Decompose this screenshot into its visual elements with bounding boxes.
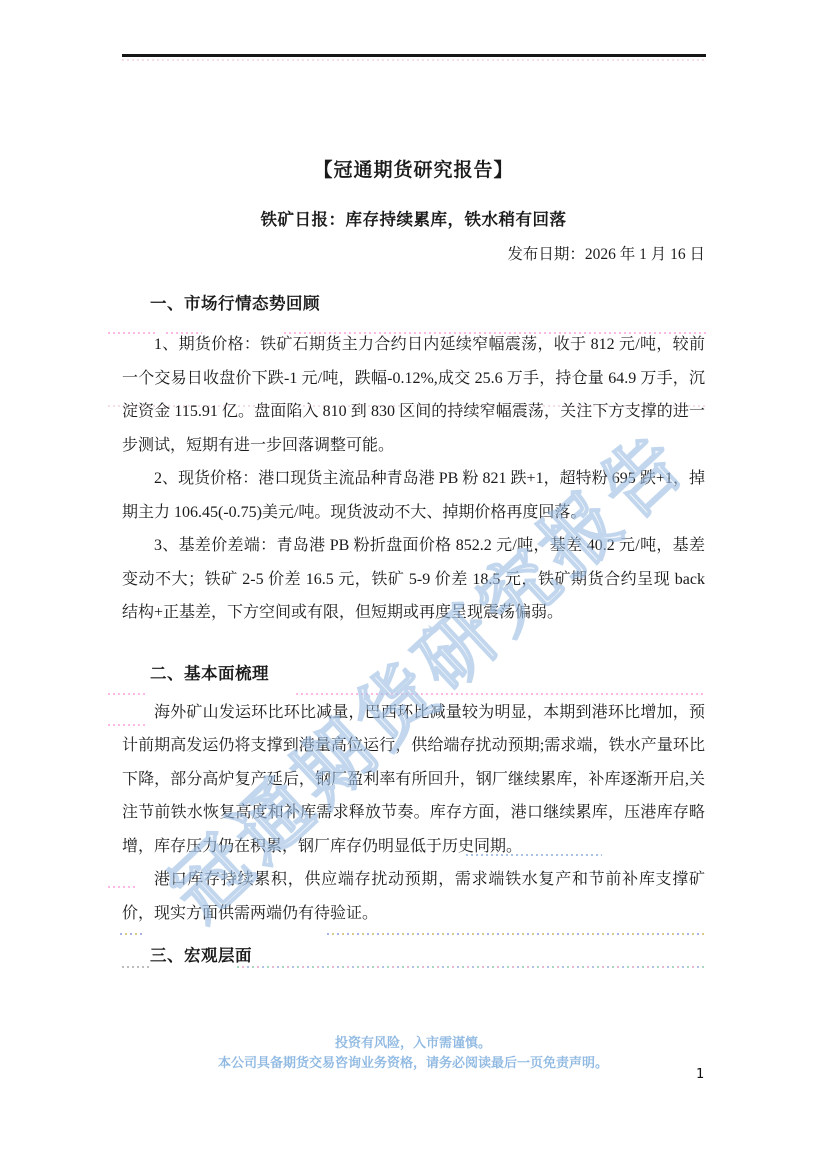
section-heading-macro: 三、宏观层面 (150, 944, 705, 968)
page-number: 1 (696, 1066, 704, 1082)
paragraph-basis-spread: 3、基差价差端：青岛港 PB 粉折盘面价格 852.2 元/吨，基差 40.2 … (122, 529, 705, 630)
paragraph-spot-price: 2、现货价格：港口现货主流品种青岛港 PB 粉 821 跌+1，超特粉 695 … (122, 462, 705, 529)
footer-risk-warning: 投资有风险，入市需谨慎。 (0, 1033, 826, 1053)
section-heading-fundamentals: 二、基本面梳理 (150, 662, 705, 686)
section-heading-market-review: 一、市场行情态势回顾 (150, 292, 705, 316)
publish-date: 发布日期：2026 年 1 月 16 日 (122, 244, 705, 266)
masthead: 【冠通期货研究报告】 (122, 158, 705, 184)
document-body: 【冠通期货研究报告】 铁矿日报：库存持续累库，铁水稍有回落 发布日期：2026 … (0, 0, 826, 968)
report-page: 冠通期货研究报告 【冠通期货研究报告】 铁矿日报：库存持续累库，铁水稍有回落 发… (0, 0, 826, 1169)
report-title: 铁矿日报：库存持续累库，铁水稍有回落 (122, 208, 705, 232)
paragraph-supply-demand: 海外矿山发运环比环比减量，巴西环比减量较为明显，本期到港环比增加，预计前期高发运… (122, 696, 705, 864)
paragraph-futures-price: 1、期货价格：铁矿石期货主力合约日内延续窄幅震荡，收于 812 元/吨，较前一个… (122, 328, 705, 462)
paragraph-inventory-summary: 港口库存持续累积，供应端存扰动预期，需求端铁水复产和节前补库支撑矿价，现实方面供… (122, 863, 705, 930)
